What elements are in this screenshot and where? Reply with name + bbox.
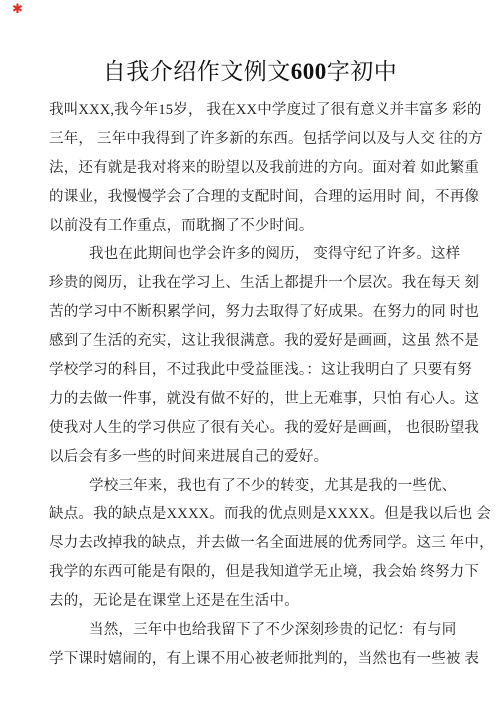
text-line: 缺点。我的缺点是XXXX。而我的优点则是XXXX。但是我以后也 会 <box>49 500 485 529</box>
text-line: 当然，三年中也给我留下了不少深刻珍贵的记忆：有与同 <box>49 616 485 645</box>
text-line: 使我对人生的学习供应了很有关心。我的爱好是画画， 也很盼望我 <box>49 414 485 443</box>
title-suffix: 字初中 <box>327 59 398 84</box>
text-line: 我学的东西可能是有限的，但是我知道学无止境，我会始 终努力下 <box>49 558 485 587</box>
document-page: ✱ 自我介绍作文例文600字初中 我叫XXX,我今年15岁， 我在XX中学度过了… <box>0 0 500 725</box>
text-line: 苦的学习中不断积累学问，努力去取得了好成果。在努力的同 时也 <box>49 298 485 327</box>
text-line: 我也在此期间也学会许多的阅历， 变得守纪了许多。这样 <box>49 240 485 269</box>
text-line: 以前没有工作重点，而耽搁了不少时间。 <box>49 212 485 241</box>
text-line: 感到了生活的充实，这让我很满意。我的爱好是画画，这虽 然不是 <box>49 327 485 356</box>
text-line: 力的去做一件事，就没有做不好的，世上无难事，只怕 有心人。这 <box>49 385 485 414</box>
text-line: 尽力去改掉我的缺点，并去做一名全面进展的优秀同学。这三 年中， <box>49 529 485 558</box>
text-line: 学校学习的科目，不过我此中受益匪浅。：这让我明白了 只要有努 <box>49 356 485 385</box>
document-title: 自我介绍作文例文600字初中 <box>0 56 500 88</box>
text-line: 法，还有就是我对将来的盼望以及我前进的方向。面对着 如此繁重 <box>49 154 485 183</box>
title-prefix: 自我介绍作文例文 <box>103 59 291 84</box>
text-line: 的课业，我慢慢学会了合理的支配时间，合理的运用时 间，不再像 <box>49 183 485 212</box>
red-asterisk-icon: ✱ <box>12 3 23 16</box>
title-number: 600 <box>291 59 327 84</box>
text-line: 我叫XXX,我今年15岁， 我在XX中学度过了很有意义并丰富多 彩的 <box>49 96 485 125</box>
text-line: 学下课时嬉闹的，有上课不用心被老师批判的，当然也有一些被 表 <box>49 645 485 674</box>
document-body: 我叫XXX,我今年15岁， 我在XX中学度过了很有意义并丰富多 彩的三年， 三年… <box>49 96 485 674</box>
text-line: 三年， 三年中我得到了许多新的东西。包括学问以及与人交 往的方 <box>49 125 485 154</box>
text-line: 以后会有多一些的时间来进展自己的爱好。 <box>49 443 485 472</box>
text-line: 去的，无论是在课堂上还是在生活中。 <box>49 587 485 616</box>
text-line: 珍贵的阅历，让我在学习上、生活上都提升一个层次。我在每天 刻 <box>49 269 485 298</box>
text-line: 学校三年来，我也有了不少的转变，尤其是我的一些优、 <box>49 472 485 501</box>
